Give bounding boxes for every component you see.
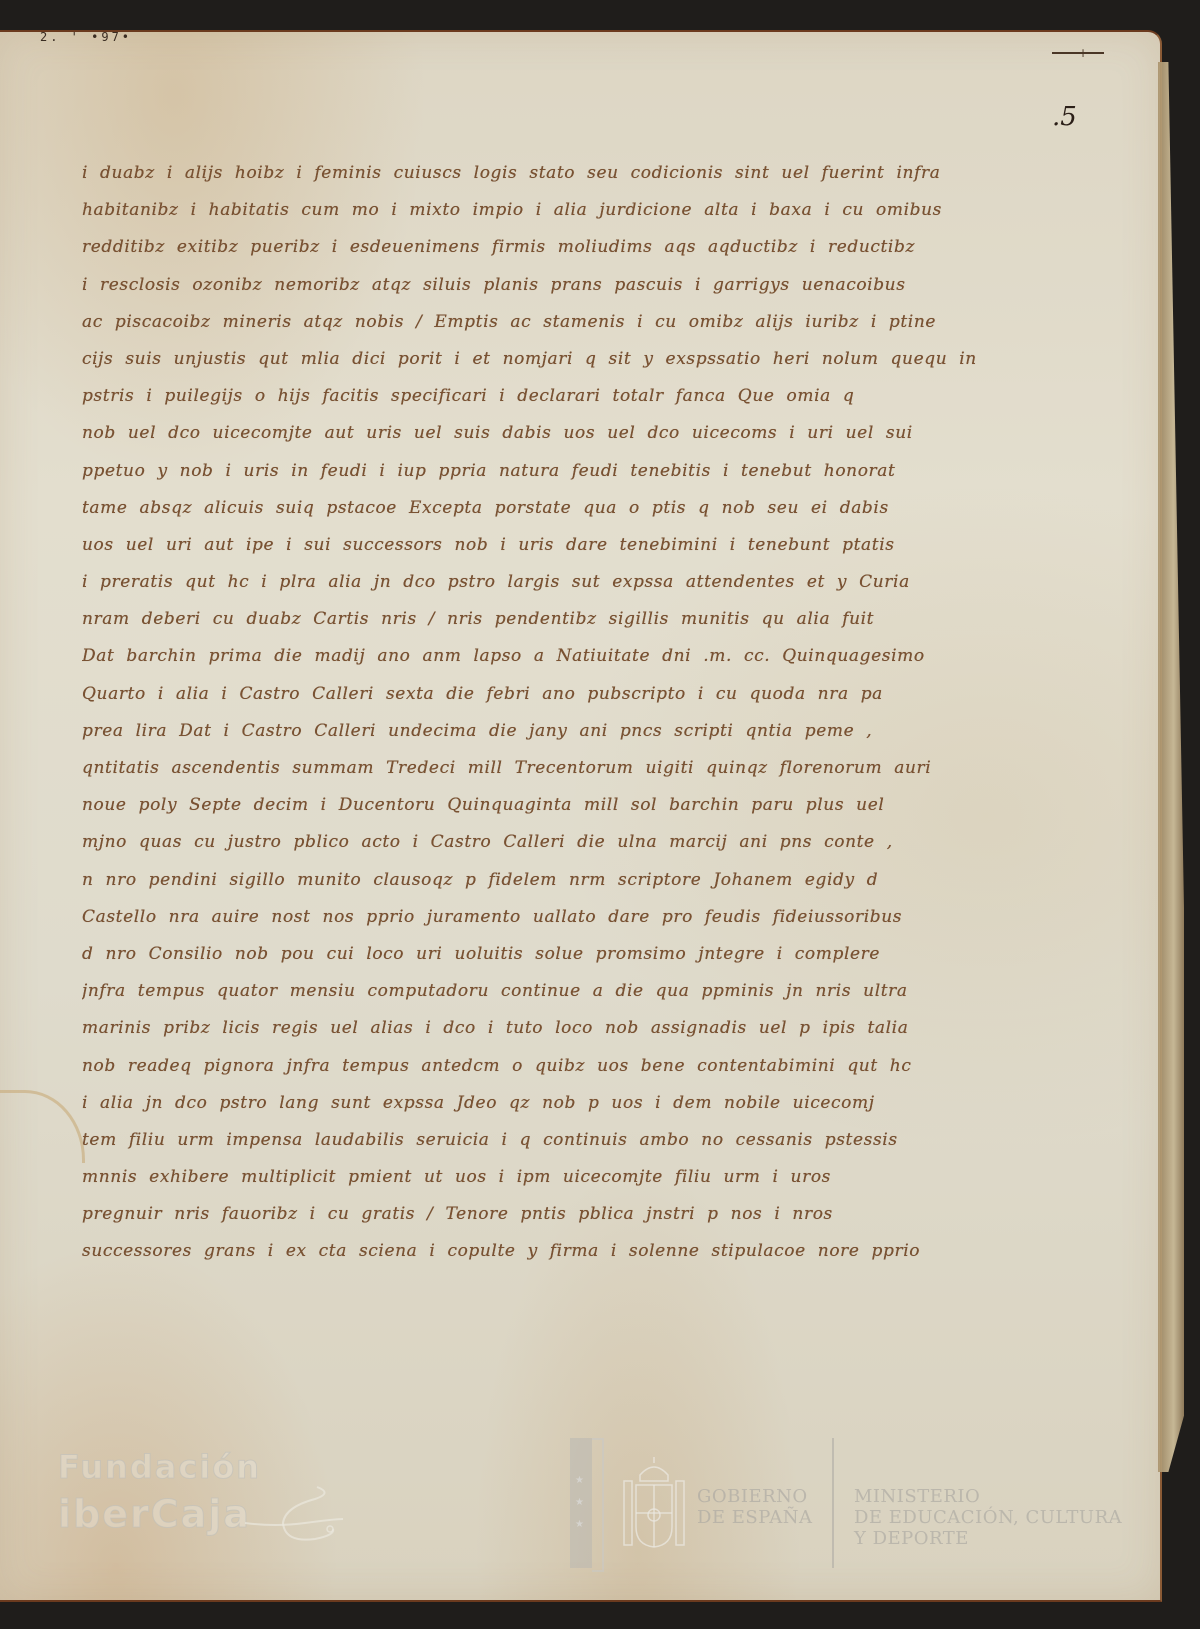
star-icon: ★ [575, 1475, 584, 1486]
text-line: mjno quas cu justro pblico acto i Castro… [82, 824, 1032, 861]
page-edge-curl [1158, 62, 1184, 1472]
government-line-2: DE ESPAÑA [697, 1507, 812, 1528]
text-line: mnnis exhibere multiplicit pmient ut uos… [82, 1159, 1032, 1196]
text-line: ppetuo y nob i uris in feudi i iup ppria… [82, 453, 1032, 490]
text-line: nob uel dco uicecomjte aut uris uel suis… [82, 415, 1032, 452]
text-line: uos uel uri aut ipe i sui successors nob… [82, 527, 1032, 564]
text-line: qntitatis ascendentis summam Tredeci mil… [82, 750, 1032, 787]
text-line: cijs suis unjustis qut mlia dici porit i… [82, 341, 1032, 378]
star-icon: ★ [575, 1519, 584, 1530]
government-line-1: GOBIERNO [697, 1486, 812, 1507]
text-line: tame absqz alicuis suiq pstacoe Excepta … [82, 490, 1032, 527]
text-line: pregnuir nris fauoribz i cu gratis / Ten… [82, 1196, 1032, 1233]
text-line: tem filiu urm impensa laudabilis seruici… [82, 1122, 1032, 1159]
logo-divider [832, 1438, 834, 1568]
manuscript-text: i duabz i alijs hoibz i feminis cuiuscs … [82, 155, 1032, 1271]
text-line: marinis pribz licis regis uel alias i dc… [82, 1010, 1032, 1047]
government-text: GOBIERNO DE ESPAÑA [697, 1486, 812, 1528]
text-line: i alia jn dco pstro lang sunt expssa Jde… [82, 1085, 1032, 1122]
ibercaja-logo-text-1: Fundación [58, 1448, 261, 1486]
archive-mark: 2. ' •97• [40, 30, 132, 44]
ministry-line-3: Y DEPORTE [854, 1528, 1122, 1549]
text-line: i preratis qut hc i plra alia jn dco pst… [82, 564, 1032, 601]
text-line: i resclosis ozonibz nemoribz atqz siluis… [82, 267, 1032, 304]
text-line: successores grans i ex cta sciena i copu… [82, 1233, 1032, 1270]
text-line: jnfra tempus quator mensiu computadoru c… [82, 973, 1032, 1010]
text-line: Castello nra auire nost nos pprio jurame… [82, 899, 1032, 936]
text-line: noue poly Septe decim i Ducentoru Quinqu… [82, 787, 1032, 824]
text-line: nram deberi cu duabz Cartis nris / nris … [82, 601, 1032, 638]
text-line: pstris i puilegijs o hijs facitis specif… [82, 378, 1032, 415]
ministry-line-2: DE EDUCACIÓN, CULTURA [854, 1507, 1122, 1528]
ministry-text: MINISTERIO DE EDUCACIÓN, CULTURA Y DEPOR… [854, 1486, 1122, 1549]
text-line: d nro Consilio nob pou cui loco uri uolu… [82, 936, 1032, 973]
text-line: redditibz exitibz pueribz i esdeuenimens… [82, 229, 1032, 266]
text-line: Dat barchin prima die madij ano anm laps… [82, 638, 1032, 675]
text-line: ac piscacoibz mineris atqz nobis / Empti… [82, 304, 1032, 341]
text-line: habitanibz i habitatis cum mo i mixto im… [82, 192, 1032, 229]
gov-flag-bracket [592, 1438, 604, 1572]
text-line: i duabz i alijs hoibz i feminis cuiuscs … [82, 155, 1032, 192]
text-line: n nro pendini sigillo munito clausoqz p … [82, 862, 1032, 899]
text-line: nob readeq pignora jnfra tempus antedcm … [82, 1048, 1032, 1085]
ministry-line-1: MINISTERIO [854, 1486, 1122, 1507]
folio-number: .5 [1052, 102, 1077, 132]
ibercaja-logo-text-2: iberCaja [58, 1492, 251, 1536]
star-icon: ★ [575, 1497, 584, 1508]
text-line: prea lira Dat i Castro Calleri undecima … [82, 713, 1032, 750]
text-line: Quarto i alia i Castro Calleri sexta die… [82, 676, 1032, 713]
coat-of-arms-icon [618, 1455, 690, 1555]
ibercaja-swoosh-icon [245, 1485, 345, 1545]
folio-mark: + [1078, 46, 1088, 60]
